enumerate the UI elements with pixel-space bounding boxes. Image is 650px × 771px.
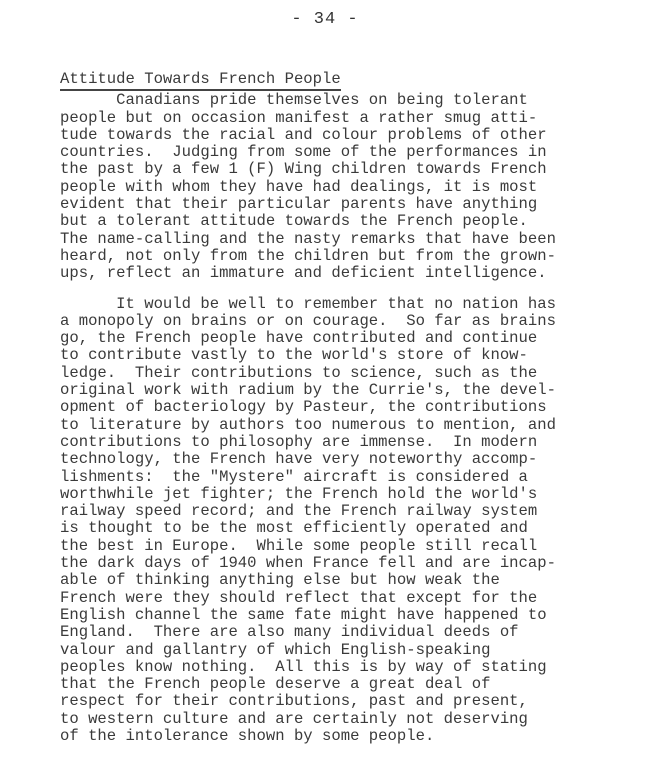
text-line: countries. Judging from some of the perf… — [60, 144, 620, 161]
text-line: lishments: the "Mystere" aircraft is con… — [60, 469, 620, 486]
text-line: to contribute vastly to the world's stor… — [60, 347, 620, 364]
text-line: the best in Europe. While some people st… — [60, 538, 620, 555]
text-line: of the intolerance shown by some people. — [60, 728, 620, 745]
text-line: tude towards the racial and colour probl… — [60, 127, 620, 144]
paragraph: Canadians pride themselves on being tole… — [60, 92, 620, 282]
text-line: original work with radium by the Currie'… — [60, 382, 620, 399]
text-line: ups, reflect an immature and deficient i… — [60, 265, 620, 282]
text-line: people but on occasion manifest a rather… — [60, 110, 620, 127]
text-line: people with whom they have had dealings,… — [60, 179, 620, 196]
text-line: English channel the same fate might have… — [60, 607, 620, 624]
paragraphs: Canadians pride themselves on being tole… — [60, 92, 620, 745]
text-line: able of thinking anything else but how w… — [60, 572, 620, 589]
text-line: respect for their contributions, past an… — [60, 693, 620, 710]
text-line: technology, the French have very notewor… — [60, 451, 620, 468]
text-line: the past by a few 1 (F) Wing children to… — [60, 161, 620, 178]
text-line: ledge. Their contributions to science, s… — [60, 365, 620, 382]
section-title: Attitude Towards French People — [60, 71, 341, 91]
text-line: peoples know nothing. All this is by way… — [60, 659, 620, 676]
text-line: French were they should reflect that exc… — [60, 590, 620, 607]
text-line: valour and gallantry of which English-sp… — [60, 642, 620, 659]
text-line: go, the French people have contributed a… — [60, 330, 620, 347]
text-line: a monopoly on brains or on courage. So f… — [60, 313, 620, 330]
text-line: The name-calling and the nasty remarks t… — [60, 231, 620, 248]
text-line: but a tolerant attitude towards the Fren… — [60, 213, 620, 230]
text-line: evident that their particular parents ha… — [60, 196, 620, 213]
text-line: England. There are also many individual … — [60, 624, 620, 641]
text-line: the dark days of 1940 when France fell a… — [60, 555, 620, 572]
text-line: to literature by authors too numerous to… — [60, 417, 620, 434]
text-line: to western culture and are certainly not… — [60, 711, 620, 728]
text-line: contributions to philosophy are immense.… — [60, 434, 620, 451]
text-line: railway speed record; and the French rai… — [60, 503, 620, 520]
text-line: worthwhile jet fighter; the French hold … — [60, 486, 620, 503]
paragraph: It would be well to remember that no nat… — [60, 296, 620, 746]
text-line: is thought to be the most efficiently op… — [60, 520, 620, 537]
text-line: It would be well to remember that no nat… — [60, 296, 620, 313]
document-body: Attitude Towards French People Canadians… — [60, 71, 620, 745]
text-line: opment of bacteriology by Pasteur, the c… — [60, 399, 620, 416]
text-line: that the French people deserve a great d… — [60, 676, 620, 693]
text-line: Canadians pride themselves on being tole… — [60, 92, 620, 109]
page-number: - 34 - — [0, 10, 650, 29]
text-line: heard, not only from the children but fr… — [60, 248, 620, 265]
